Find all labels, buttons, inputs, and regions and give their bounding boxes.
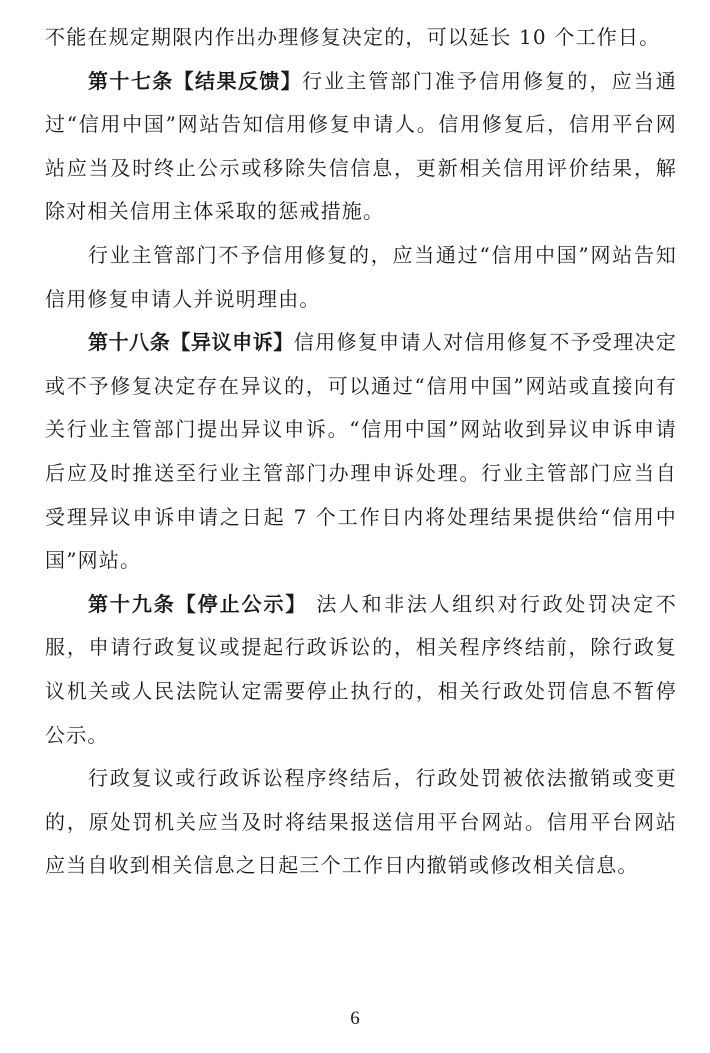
article-19-stop-publication: 第十九条【停止公示】 法人和非法人组织对行政处罚决定不服，申请行政复议或提起行政… [45,583,677,757]
article-18-objection-appeal: 第十八条【异议申诉】信用修复申请人对信用修复不予受理决定或不予修复决定存在异议的… [45,321,677,583]
paragraph-text: 行政复议或行政诉讼程序终结后，行政处罚被依法撤销或变更的，原处罚机关应当及时将结… [45,766,677,877]
article-heading: 第十八条【异议申诉】 [88,330,294,354]
paragraph-continuation: 不能在规定期限内作出办理修复决定的，可以延长 10 个工作日。 [45,16,677,60]
article-17-result-feedback: 第十七条【结果反馈】行业主管部门准予信用修复的，应当通过“信用中国”网站告知信用… [45,60,677,234]
paragraph-text: 不能在规定期限内作出办理修复决定的，可以延长 10 个工作日。 [45,25,660,49]
page-number: 6 [0,1008,710,1030]
document-page: 不能在规定期限内作出办理修复决定的，可以延长 10 个工作日。 第十七条【结果反… [45,16,677,888]
paragraph-after-review: 行政复议或行政诉讼程序终结后，行政处罚被依法撤销或变更的，原处罚机关应当及时将结… [45,757,677,888]
paragraph-repair-denied: 行业主管部门不予信用修复的，应当通过“信用中国”网站告知信用修复申请人并说明理由… [45,234,677,321]
article-heading: 第十九条【停止公示】 [88,592,307,616]
paragraph-text: 信用修复申请人对信用修复不予受理决定或不予修复决定存在异议的，可以通过“信用中国… [45,330,677,572]
article-heading: 第十七条【结果反馈】 [88,69,302,93]
paragraph-text: 行业主管部门不予信用修复的，应当通过“信用中国”网站告知信用修复申请人并说明理由… [45,243,677,311]
